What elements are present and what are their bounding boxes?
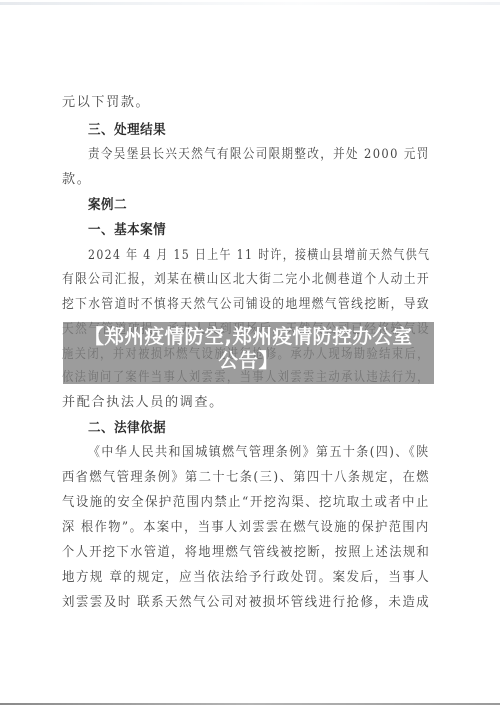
page-top-edge bbox=[0, 2, 500, 5]
paragraph-line: 款。 bbox=[62, 171, 430, 189]
section-heading: 二、法律依据 bbox=[88, 419, 430, 437]
paragraph-line: 责令吴堡县长兴天然气有限公司限期整改，并处 2000 元罚 bbox=[88, 146, 411, 164]
paragraph-line: 地方规 章的规定，应当依法给予行政处罚。案发后，当事人 bbox=[62, 569, 411, 587]
overlay-title: 【郑州疫情防空,郑州疫情防控办公室 公告】 bbox=[63, 325, 434, 373]
paragraph-line: 西省燃气管理条例》第二十七条(三)、第四十八条规定，在燃 bbox=[62, 469, 404, 487]
paragraph-line: 《中华人民共和国城镇燃气管理条例》第五十条(四)、《陕 bbox=[88, 444, 424, 462]
overlay-title-line-1: 【郑州疫情防空,郑州疫情防控办公室 bbox=[63, 325, 434, 349]
scanned-document-page: 元以下罚款。三、处理结果责令吴堡县长兴天然气有限公司限期整改，并处 2000 元… bbox=[0, 0, 500, 707]
section-heading: 一、基本案情 bbox=[88, 221, 430, 239]
overlay-title-line-2: 公告】 bbox=[63, 349, 434, 373]
section-heading: 三、处理结果 bbox=[88, 121, 430, 139]
paragraph-line: 个人开挖下水管道，将地埋燃气管线被挖断，按照上述法规和 bbox=[62, 544, 403, 562]
paragraph-line: 气设施的安全保护范围内禁止“开挖沟渠、挖坑取土或者中止 bbox=[62, 494, 408, 512]
paragraph-line: 刘雲雲及时 联系天然气公司对被损坏管线进行抢修，未造成 bbox=[62, 594, 411, 612]
paragraph-line: 深 根作物”。本案中，当事人刘雲雲在燃气设施的保护范围内 bbox=[62, 519, 403, 537]
paragraph-line: 并配合执法人员的调查。 bbox=[62, 394, 430, 412]
paragraph-line: 挖下水管道时不慎将天然气公司铺设的地埋燃气管线挖断，导致 bbox=[62, 296, 391, 314]
paragraph-line: 2024 年 4 月 15 日上午 11 时许，接横山县增前天然气供气 bbox=[88, 247, 396, 265]
section-heading: 案例二 bbox=[88, 196, 430, 214]
page-bottom-edge bbox=[0, 703, 500, 705]
paragraph-line: 有限公司汇报，刘某在横山区北大街二完小北侧巷道个人动土开 bbox=[62, 271, 391, 289]
paragraph-line: 元以下罚款。 bbox=[62, 94, 430, 112]
